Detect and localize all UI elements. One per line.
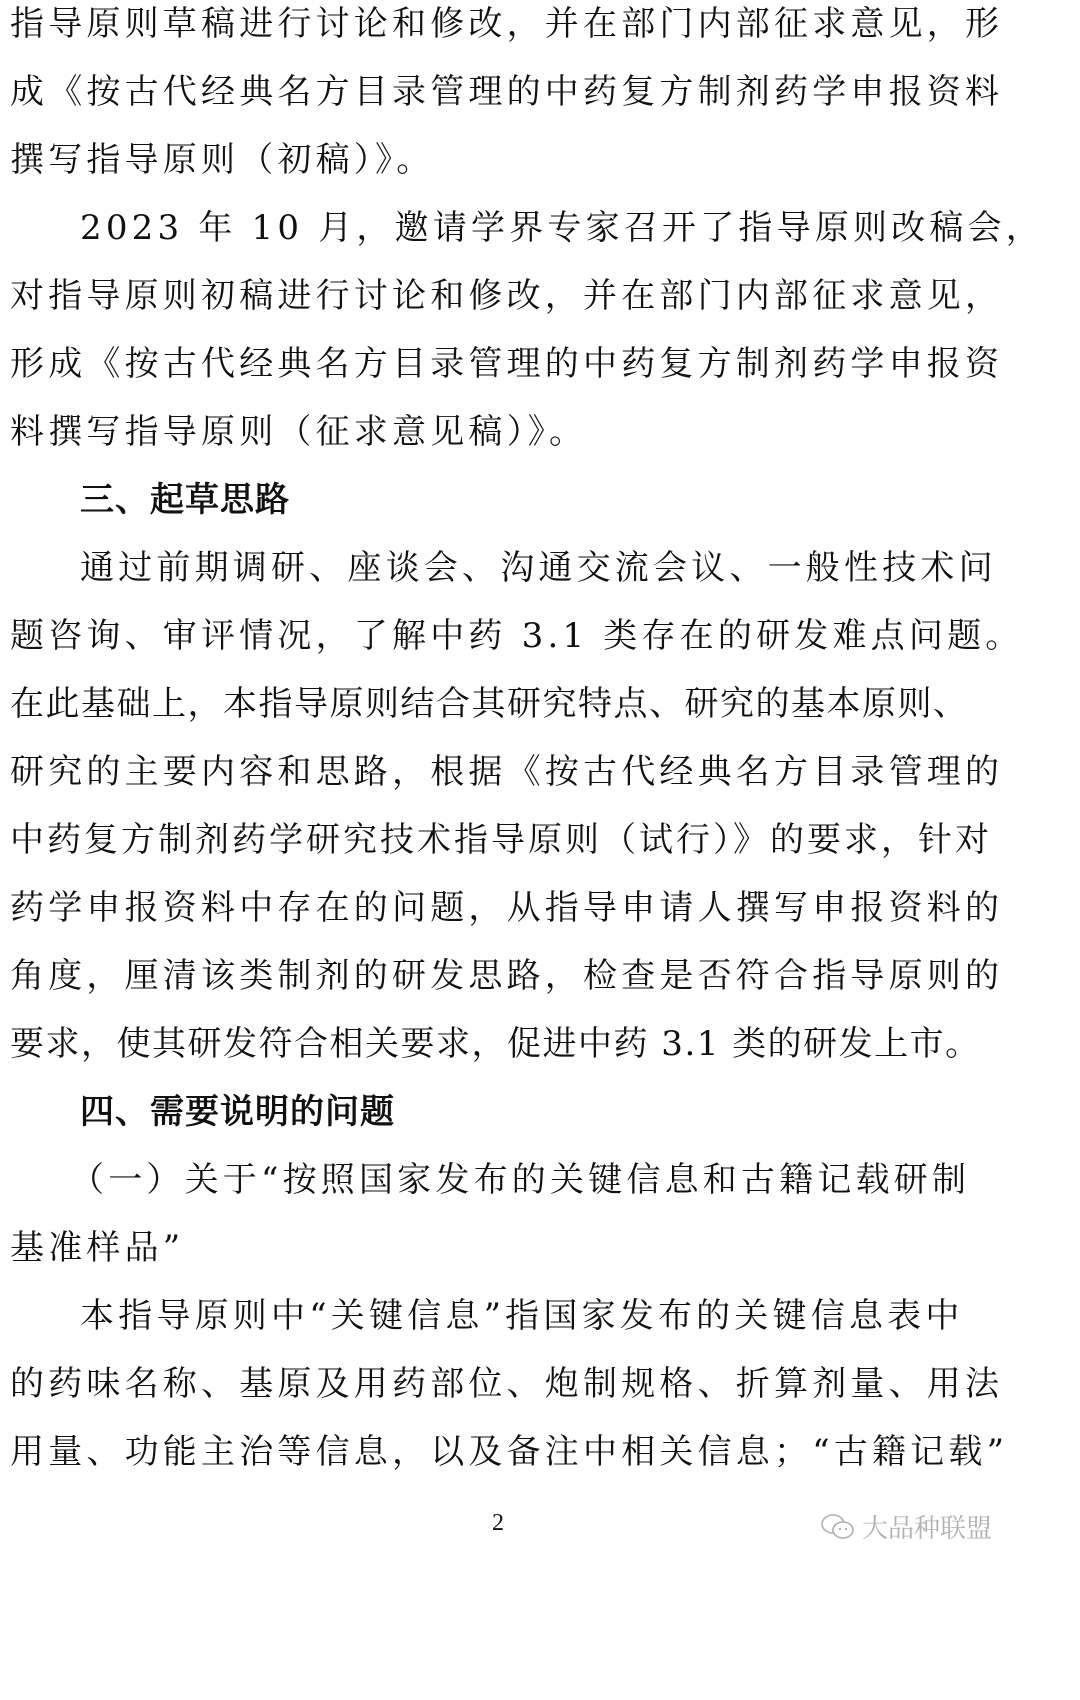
paragraph-start: 本指导原则中“关键信息”指国家发布的关键信息表中 bbox=[80, 1294, 964, 1338]
text-line: 用量、功能主治等信息，以及备注中相关信息；“古籍记载” bbox=[10, 1430, 1008, 1474]
text-line: 料撰写指导原则（征求意见稿）》。 bbox=[10, 410, 587, 454]
section-heading: 三、起草思路 bbox=[80, 478, 290, 522]
text-line: 要求，使其研发符合相关要求，促进中药 3.1 类的研发上市。 bbox=[10, 1022, 981, 1066]
text-line: 指导原则草稿进行讨论和修改，并在部门内部征求意见，形 bbox=[10, 2, 1003, 46]
section-heading: 四、需要说明的问题 bbox=[80, 1090, 395, 1134]
text-line: 基准样品” bbox=[10, 1226, 184, 1270]
text-line: 题咨询、审评情况，了解中药 3.1 类存在的研发难点问题。 bbox=[10, 614, 1024, 658]
wechat-icon bbox=[820, 1512, 856, 1542]
text-line: 的药味名称、基原及用药部位、炮制规格、折算剂量、用法 bbox=[10, 1362, 1003, 1406]
text-line: 药学申报资料中存在的问题，从指导申请人撰写申报资料的 bbox=[10, 886, 1003, 930]
text-line: 形成《按古代经典名方目录管理的中药复方制剂药学申报资 bbox=[10, 342, 1003, 386]
watermark-label: 大品种联盟 bbox=[862, 1508, 992, 1545]
watermark: 大品种联盟 bbox=[820, 1508, 992, 1545]
text-line: 撰写指导原则（初稿）》。 bbox=[10, 138, 434, 182]
paragraph-start: 2023 年 10 月，邀请学界专家召开了指导原则改稿会， bbox=[80, 206, 1044, 250]
paragraph-start: 通过前期调研、座谈会、沟通交流会议、一般性技术问 bbox=[80, 546, 997, 590]
text-line: 中药复方制剂药学研究技术指导原则（试行）》的要求，针对 bbox=[10, 818, 992, 862]
text-line: 成《按古代经典名方目录管理的中药复方制剂药学申报资料 bbox=[10, 70, 1003, 114]
subsection-heading: （一）关于“按照国家发布的关键信息和古籍记载研制 bbox=[70, 1158, 970, 1202]
text-line: 研究的主要内容和思路，根据《按古代经典名方目录管理的 bbox=[10, 750, 1003, 794]
page-number: 2 bbox=[492, 1510, 504, 1537]
text-line: 角度，厘清该类制剂的研发思路，检查是否符合指导原则的 bbox=[10, 954, 1003, 998]
text-line: 对指导原则初稿进行讨论和修改，并在部门内部征求意见， bbox=[10, 274, 1003, 318]
text-line: 在此基础上，本指导原则结合其研究特点、研究的基本原则、 bbox=[10, 682, 969, 726]
